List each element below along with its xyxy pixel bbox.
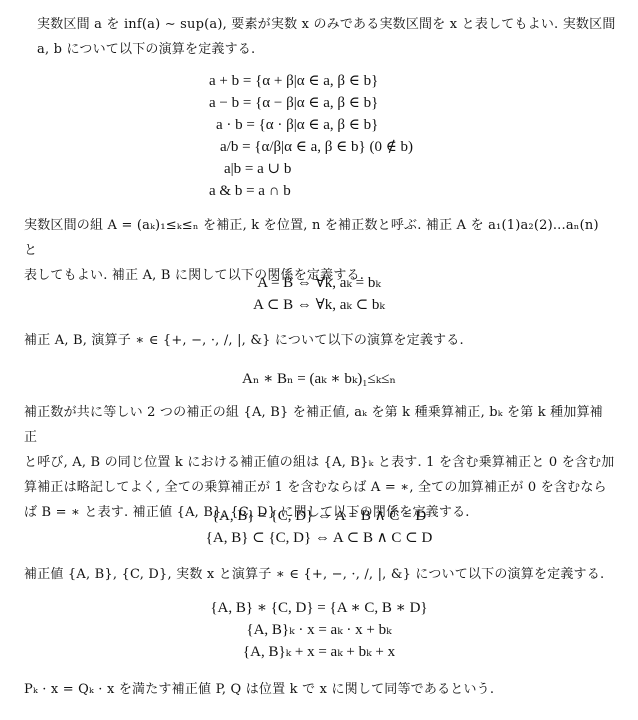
correction-operation-equation: Aₙ ∗ Bₙ = (aₖ ∗ bₖ)₁≤ₖ≤ₙ (0, 368, 638, 390)
equation-value-op: {A, B} ∗ {C, D} = {A ∗ C, B ∗ D} (0, 597, 638, 619)
paragraph-line: Pₖ · x = Qₖ · x を満たす補正値 P, Q は位置 k で x に… (24, 677, 616, 702)
value-operations-equations: {A, B} ∗ {C, D} = {A ∗ C, B ∗ D} {A, B}ₖ… (0, 597, 638, 663)
paragraph-correction-operator: 補正 A, B, 演算子 ∗ ∈ {+, −, ·, /, |, &} について… (24, 328, 616, 353)
correction-relations-equations: A = B ⇔ ∀k, aₖ = bₖ A ⊂ B ⇔ ∀k, aₖ ⊂ bₖ (0, 272, 638, 316)
equation-correction-equal: A = B ⇔ ∀k, aₖ = bₖ (0, 272, 638, 294)
equation-union: a|b = a ∪ b (224, 158, 291, 180)
equation-value-times-x: {A, B}ₖ · x = aₖ · x + bₖ (0, 619, 638, 641)
equation-correction-op: Aₙ ∗ Bₙ = (aₖ ∗ bₖ)₁≤ₖ≤ₙ (0, 368, 638, 390)
equation-division: a/b = {α/β|α ∈ a, β ∈ b} (0 ∉ b) (220, 136, 413, 158)
paragraph-line: a, b について以下の演算を定義する. (24, 37, 616, 62)
paragraph-line: 補正 A, B, 演算子 ∗ ∈ {+, −, ·, /, |, &} について… (24, 328, 616, 353)
equation-addition: a + b = {α + β|α ∈ a, β ∈ b} (209, 70, 378, 92)
paragraph-line: 補正値 {A, B}, {C, D}, 実数 x と演算子 ∗ ∈ {+, −,… (24, 562, 616, 587)
equation-correction-subset: A ⊂ B ⇔ ∀k, aₖ ⊂ bₖ (0, 294, 638, 316)
equation-subtraction: a − b = {α − β|α ∈ a, β ∈ b} (209, 92, 378, 114)
equation-value-equal: {A, B} = {C, D} ⇔ A = B ∧ C = D (0, 505, 638, 527)
equation-multiplication: a · b = {α · β|α ∈ a, β ∈ b} (216, 114, 378, 136)
equation-value-plus-x: {A, B}ₖ + x = aₖ + bₖ + x (0, 641, 638, 663)
paragraph-value-operator: 補正値 {A, B}, {C, D}, 実数 x と演算子 ∗ ∈ {+, −,… (24, 562, 616, 587)
equation-intersection: a & b = a ∩ b (209, 180, 291, 202)
value-relations-equations: {A, B} = {C, D} ⇔ A = B ∧ C = D {A, B} ⊂… (0, 505, 638, 549)
paragraph-interval-definition: 実数区間 a を inf(a) ∼ sup(a), 要素が実数 x のみである実… (24, 12, 616, 62)
paragraph-line: 算補正は略記してよく, 全ての乗算補正が 1 を含むならば A = ∗, 全ての… (24, 475, 616, 500)
paragraph-line: と呼び, A, B の同じ位置 k における補正値の組は {A, B}ₖ と表す… (24, 450, 616, 475)
paragraph-line: 補正数が共に等しい 2 つの補正の組 {A, B} を補正値, aₖ を第 k … (24, 400, 616, 450)
paragraph-line: 実数区間の組 A = (aₖ)₁≤ₖ≤ₙ を補正, k を位置, n を補正数と… (24, 213, 616, 263)
paragraph-equivalence: Pₖ · x = Qₖ · x を満たす補正値 P, Q は位置 k で x に… (24, 677, 616, 702)
paragraph-line: 実数区間 a を inf(a) ∼ sup(a), 要素が実数 x のみである実… (24, 12, 616, 37)
equation-value-subset: {A, B} ⊂ {C, D} ⇔ A ⊂ B ∧ C ⊂ D (0, 527, 638, 549)
